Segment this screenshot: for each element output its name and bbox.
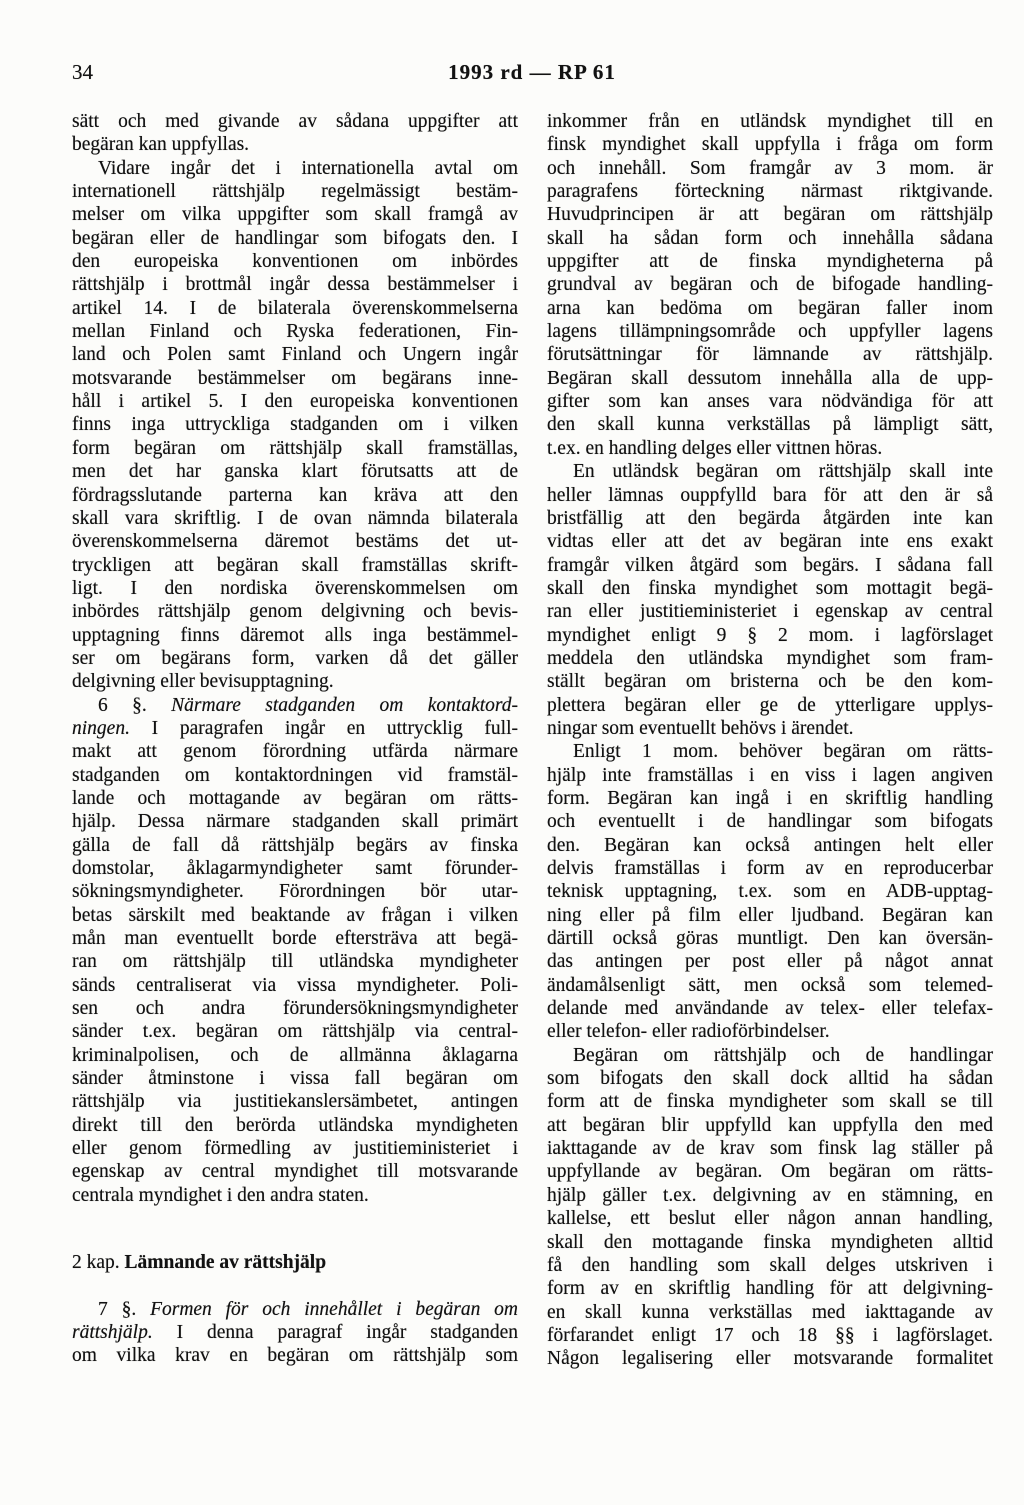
text-line: stadganden om kontaktordningen vid frams… — [72, 764, 518, 787]
text-line: ning eller på film eller ljudband. Begär… — [547, 904, 993, 927]
text-line: betas särskilt med beaktande av frågan i… — [72, 904, 518, 927]
text-line: form. Begäran kan ingå i en skriftlig ha… — [547, 787, 993, 810]
text-line: paragrafens förteckning närmast riktgiva… — [547, 180, 993, 203]
text-line: das antingen per post eller på något ann… — [547, 950, 993, 973]
text-line: hjälp inte framställas i en viss i lagen… — [547, 764, 993, 787]
text-line: överenskommelserna däremot bestäms det u… — [72, 530, 518, 553]
text-line: ran om rättshjälp till utländska myndigh… — [72, 950, 518, 973]
text-line: direkt till den berörda utländska myndig… — [72, 1114, 518, 1137]
text-line: framgår vilken åtgärd som begärs. I såda… — [547, 554, 993, 577]
text-line: den skall kunna verkställas på lämpligt … — [547, 413, 993, 436]
text-line: kallelse, ett beslut eller någon annan h… — [547, 1207, 993, 1230]
text-line: mellan Finland och Ryska federationen, F… — [72, 320, 518, 343]
text-line: teknisk upptagning, t.ex. som en ADB-upp… — [547, 880, 993, 903]
text-line: form av en skriftlig handling för att de… — [547, 1277, 993, 1300]
text-line: ställt begäran om bristerna och be den k… — [547, 670, 993, 693]
text-line: Någon legalisering eller motsvarande for… — [547, 1347, 993, 1370]
text-line: artikel 14. I de bilaterala överenskomme… — [72, 297, 518, 320]
column-left: sätt och med givande av sådana uppgifter… — [72, 110, 518, 1371]
text-line: sen och andra förundersökningsmyndighete… — [72, 997, 518, 1020]
paragraph: inkommer från en utländsk myndighet till… — [547, 110, 993, 460]
text-line: 7 §. Formen för och innehållet i begäran… — [72, 1298, 518, 1321]
text-line: den. Begäran kan också antingen helt ell… — [547, 834, 993, 857]
text-line: att begäran blir uppfylld kan uppfylla d… — [547, 1114, 993, 1137]
text-line: finsk myndighet skall uppfylla i fråga o… — [547, 133, 993, 156]
text-line: den europeiska konventionen om inbördes — [72, 250, 518, 273]
text-line: melser om vilka uppgifter som skall fram… — [72, 203, 518, 226]
text-line: förutsättningar för lämnande av rättshjä… — [547, 343, 993, 366]
text-line: kriminalpolisen, och de allmänna åklagar… — [72, 1044, 518, 1067]
text-line: upptagning finns däremot alls inga bestä… — [72, 624, 518, 647]
text-line: begäran kan uppfyllas. — [72, 133, 518, 156]
text-line: form att de finska myndigheter som skall… — [547, 1090, 993, 1113]
section-heading: 2 kap. Lämnande av rättshjälp — [72, 1251, 518, 1274]
text-line: centrala myndighet i den andra staten. — [72, 1184, 518, 1207]
text-line: 6 §. Närmare stadganden om kontaktord- — [72, 694, 518, 717]
text-line: meddela den utländska myndighet som fram… — [547, 647, 993, 670]
text-line: iakttagande av de krav som finsk lag stä… — [547, 1137, 993, 1160]
text-line: Begäran om rättshjälp och de handlingar — [547, 1044, 993, 1067]
text-line: finns inga uttryckliga stadganden om i v… — [72, 413, 518, 436]
text-line: lagens tillämpningsområde och uppfyller … — [547, 320, 993, 343]
text-line: hjälp. Dessa närmare stadganden skall pr… — [72, 810, 518, 833]
text-line: begäran eller de handlingar som bifogats… — [72, 227, 518, 250]
text-line: internationell rättshjälp regelmässigt b… — [72, 180, 518, 203]
text-line: uppfyllande av begäran. Om begäran om rä… — [547, 1160, 993, 1183]
page-header: 34 1993 rd — RP 61 — [72, 60, 992, 86]
text-line: heller lämnas ouppfylld bara för att den… — [547, 484, 993, 507]
text-line: t.ex. en handling delges eller vittnen h… — [547, 437, 993, 460]
text-line: eller genom förmedling av justitieminist… — [72, 1137, 518, 1160]
text-line: fördragsslutande parterna kan kräva att … — [72, 484, 518, 507]
text-line: skall ha sådan form och innehålla sådana — [547, 227, 993, 250]
text-line: makt att genom förordning utfärda närmar… — [72, 740, 518, 763]
header-title: 1993 rd — RP 61 — [72, 60, 992, 84]
text-line: hjälp gäller t.ex. delgivning av en stäm… — [547, 1184, 993, 1207]
text-line: gälla de fall då rättshjälp begärs av fi… — [72, 834, 518, 857]
text-line: uppgifter att de finska myndigheterna på — [547, 250, 993, 273]
text-line: ligt. I den nordiska överenskommelsen om — [72, 577, 518, 600]
column-right: inkommer från en utländsk myndighet till… — [547, 110, 993, 1371]
text-line: inkommer från en utländsk myndighet till… — [547, 110, 993, 133]
paragraph: Vidare ingår det i internationella avtal… — [72, 157, 518, 694]
text-line: delande med användande av telex- eller t… — [547, 997, 993, 1020]
text-line: ran eller justitieministeriet i egenskap… — [547, 600, 993, 623]
text-line: delgivning eller bevisupptagning. — [72, 670, 518, 693]
text-line: grundval av begäran och de bifogade hand… — [547, 273, 993, 296]
text-line: därtill också göras muntligt. Den kan öv… — [547, 927, 993, 950]
text-line: som bifogats den skall dock alltid ha så… — [547, 1067, 993, 1090]
text-columns: sätt och med givande av sådana uppgifter… — [72, 110, 993, 1371]
text-line: ningar som eventuellt behövs i ärendet. — [547, 717, 993, 740]
text-line: skall den mottagande finska myndigheten … — [547, 1231, 993, 1254]
text-line: men det har ganska klart förutsatts att … — [72, 460, 518, 483]
paragraph: 6 §. Närmare stadganden om kontaktord-ni… — [72, 694, 518, 1208]
text-line: sänder åtminstone i vissa fall begäran o… — [72, 1067, 518, 1090]
text-line: rättshjälp i brottmål ingår dessa bestäm… — [72, 273, 518, 296]
text-line: rättshjälp. I denna paragraf ingår stadg… — [72, 1321, 518, 1344]
text-line: Begäran skall dessutom innehålla alla de… — [547, 367, 993, 390]
document-page: 34 1993 rd — RP 61 sätt och med givande … — [0, 0, 1024, 1505]
text-line: vidtas eller att det av begäran inte ens… — [547, 530, 993, 553]
text-line: Vidare ingår det i internationella avtal… — [72, 157, 518, 180]
text-line: sätt och med givande av sådana uppgifter… — [72, 110, 518, 133]
text-line: skall vara skriftlig. I de ovan nämnda b… — [72, 507, 518, 530]
text-line: myndighet enligt 9 § 2 mom. i lagförslag… — [547, 624, 993, 647]
text-line: sökningsmyndigheter. Förordningen bör ut… — [72, 880, 518, 903]
text-line: sänds centraliserat via vissa myndighete… — [72, 974, 518, 997]
text-line: rättshjälp via justitiekanslersämbetet, … — [72, 1090, 518, 1113]
text-line: få den handling som skall delges utskriv… — [547, 1254, 993, 1277]
paragraph: sätt och med givande av sådana uppgifter… — [72, 110, 518, 157]
paragraph: Begäran om rättshjälp och de handlingars… — [547, 1044, 993, 1371]
text-line: plettera begäran eller ge de ytterligare… — [547, 694, 993, 717]
text-line: delvis framställas i form av en reproduc… — [547, 857, 993, 880]
text-line: ändamålsenligt sätt, men också som telem… — [547, 974, 993, 997]
paragraph: Enligt 1 mom. behöver begäran om rätts-h… — [547, 740, 993, 1043]
text-line: Huvudprincipen är att begäran om rättshj… — [547, 203, 993, 226]
paragraph: 7 §. Formen för och innehållet i begäran… — [72, 1298, 518, 1368]
text-line: ningen. I paragrafen ingår en uttrycklig… — [72, 717, 518, 740]
text-line: skall den finska myndighet som mottagit … — [547, 577, 993, 600]
text-line: En utländsk begäran om rättshjälp skall … — [547, 460, 993, 483]
text-line: motsvarande bestämmelser om begärans inn… — [72, 367, 518, 390]
heading-line: 2 kap. Lämnande av rättshjälp — [72, 1251, 518, 1274]
text-line: förfarandet enligt 17 och 18 §§ i lagför… — [547, 1324, 993, 1347]
text-line: eller telefon- eller radioförbindelser. — [547, 1020, 993, 1043]
text-line: mån man eventuellt borde eftersträva att… — [72, 927, 518, 950]
text-line: om vilka krav en begäran om rättshjälp s… — [72, 1344, 518, 1367]
text-line: gifter som kan anses vara nödvändiga för… — [547, 390, 993, 413]
text-line: arna kan bedöma om begäran faller inom — [547, 297, 993, 320]
text-line: och innehåll. Som framgår av 3 mom. är — [547, 157, 993, 180]
text-line: sänder t.ex. begäran om rättshjälp via c… — [72, 1020, 518, 1043]
text-line: håll i artikel 5. I den europeiska konve… — [72, 390, 518, 413]
paragraph: En utländsk begäran om rättshjälp skall … — [547, 460, 993, 740]
text-line: en skall kunna verkställas med iakttagan… — [547, 1301, 993, 1324]
text-line: egenskap av central myndighet till motsv… — [72, 1160, 518, 1183]
text-line: och eventuellt i de handlingar som bifog… — [547, 810, 993, 833]
text-line: bristfällig att den begärda åtgärden int… — [547, 507, 993, 530]
text-line: Enligt 1 mom. behöver begäran om rätts- — [547, 740, 993, 763]
text-line: form begäran om rättshjälp skall framstä… — [72, 437, 518, 460]
text-line: ser om begärans form, varken då det gäll… — [72, 647, 518, 670]
text-line: tryckligen att begäran skall framställas… — [72, 554, 518, 577]
text-line: lande och mottagande av begäran om rätts… — [72, 787, 518, 810]
text-line: domstolar, åklagarmyndigheter samt förun… — [72, 857, 518, 880]
text-line: land och Polen samt Finland och Ungern i… — [72, 343, 518, 366]
text-line: inbördes rättshjälp genom delgivning och… — [72, 600, 518, 623]
